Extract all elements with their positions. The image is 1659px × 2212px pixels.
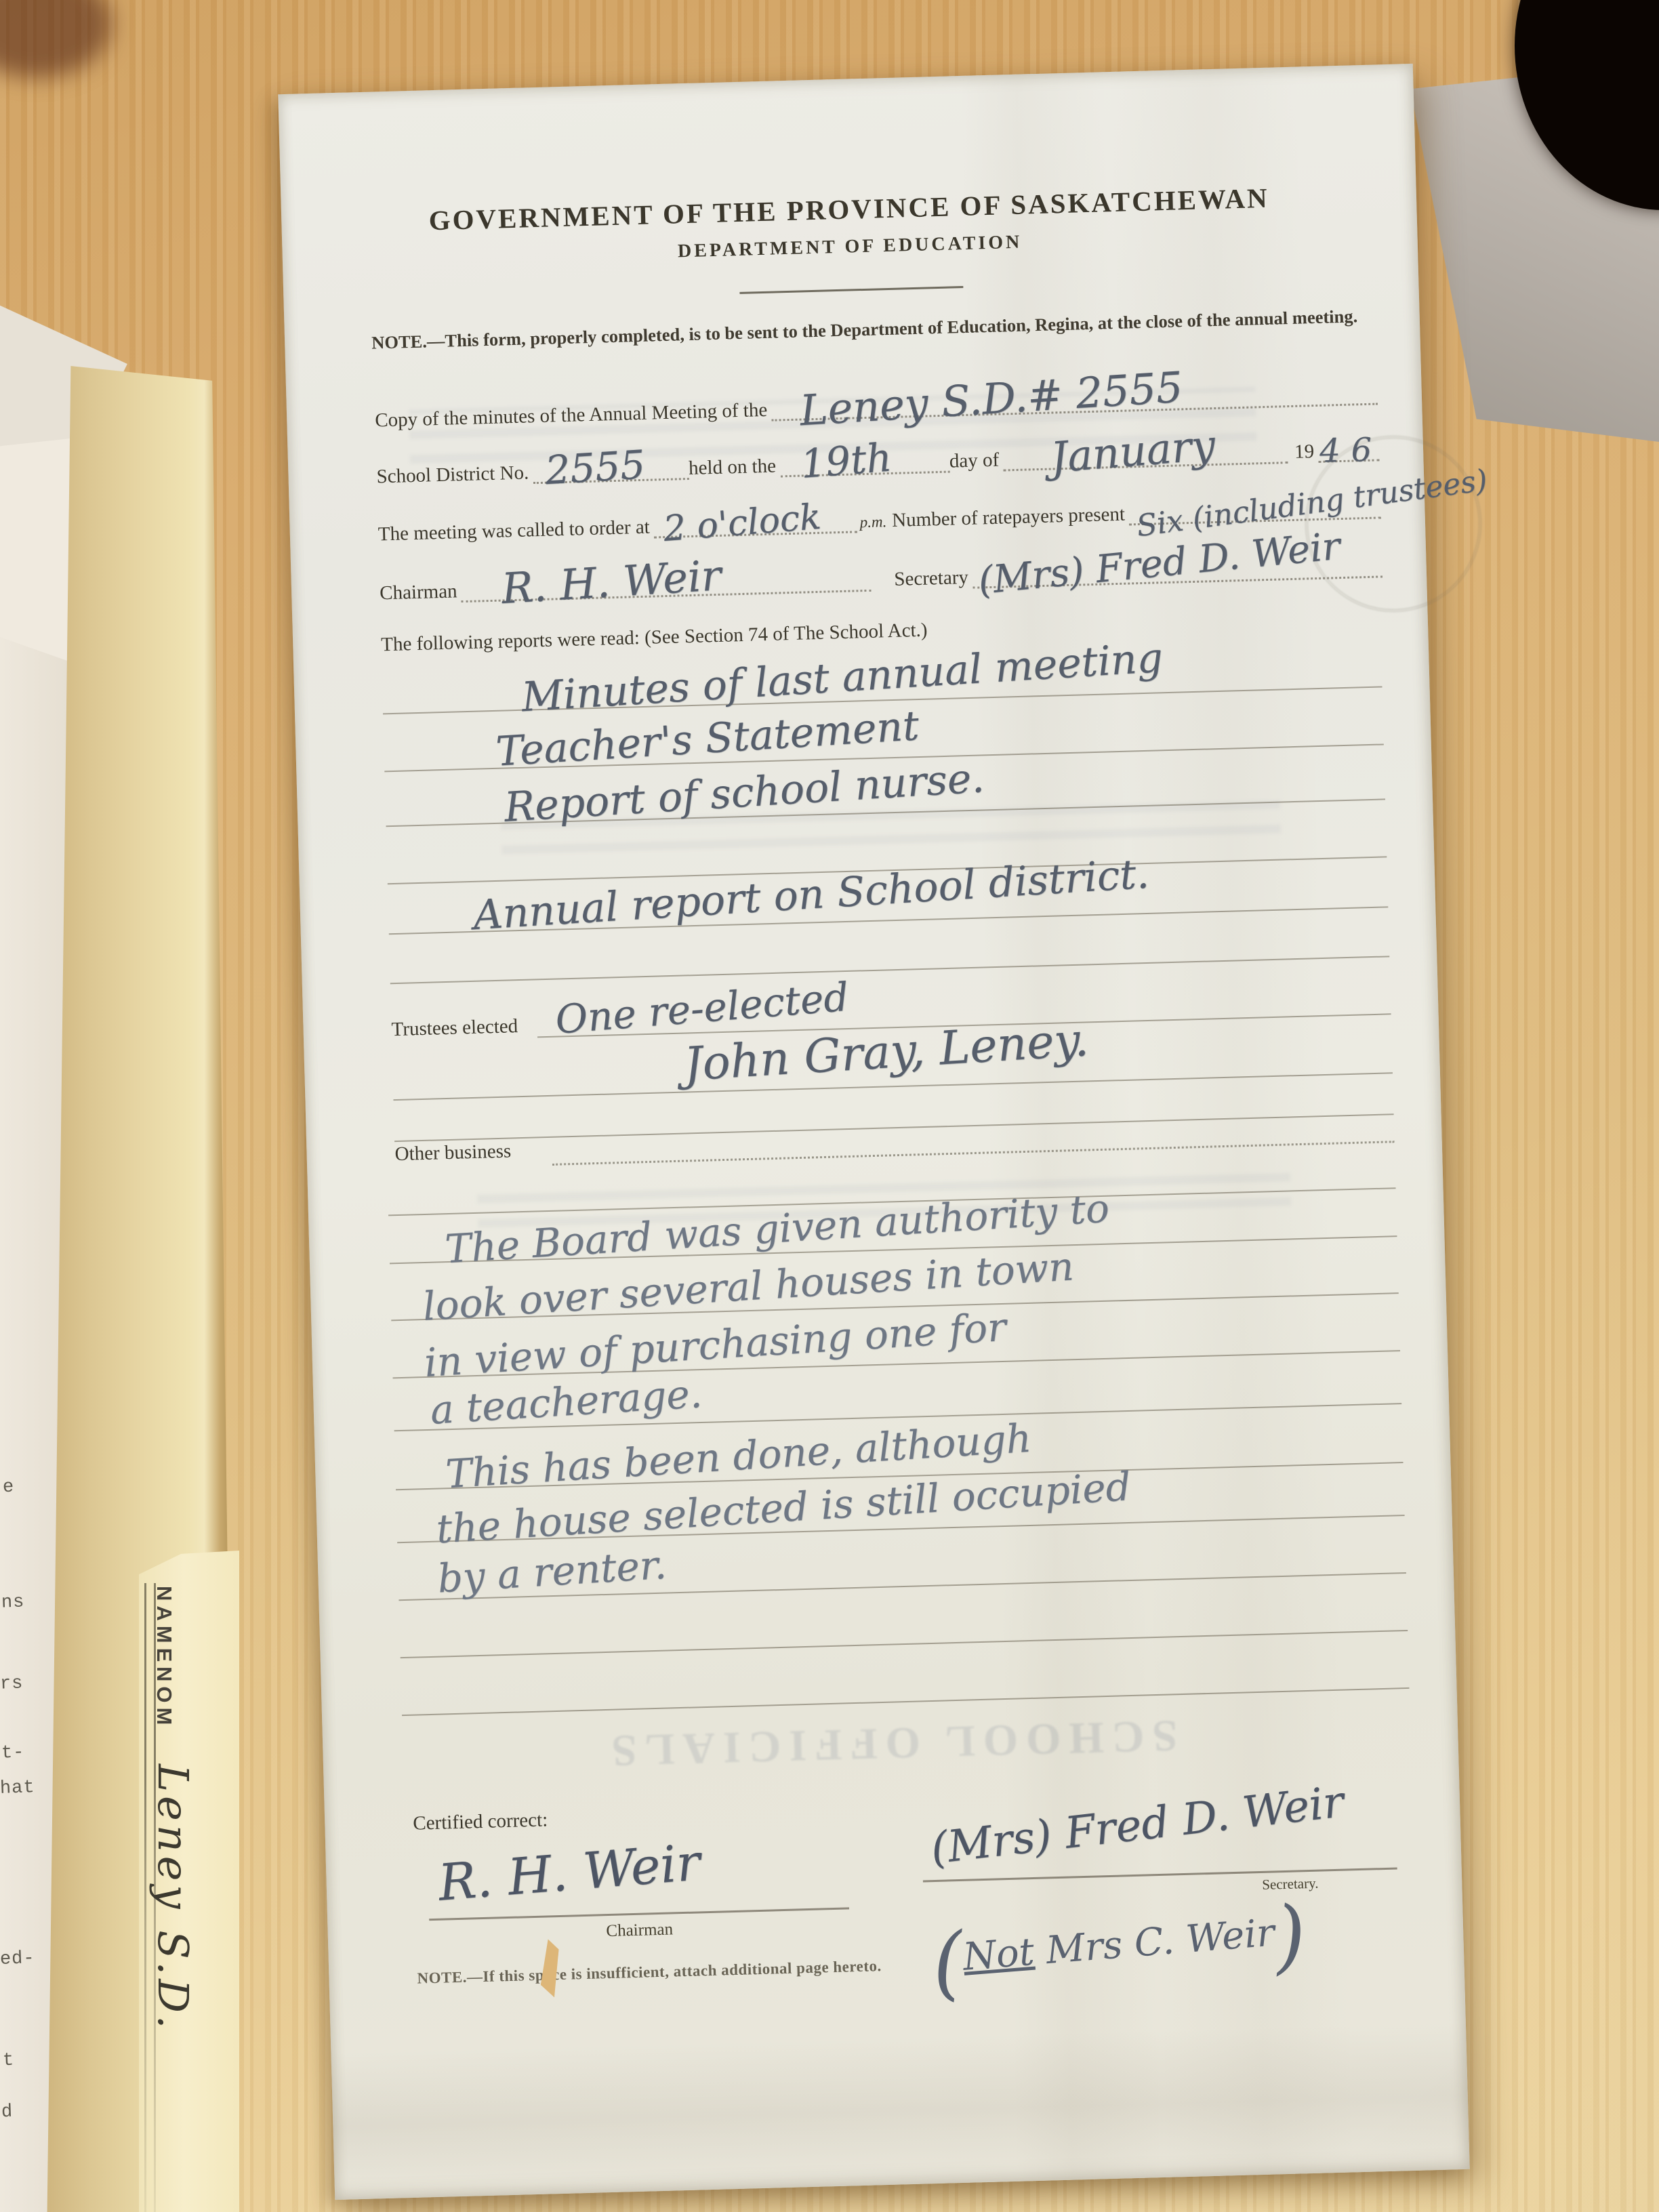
secretary-signature-line — [923, 1868, 1397, 1883]
chairman-label: Chairman — [380, 581, 462, 605]
form-document: GOVERNMENT OF THE PROVINCE OF SASKATCHEW… — [278, 64, 1469, 2200]
field-row-district: School District No. 2555 held on the 19t… — [376, 434, 1380, 488]
copy-label: Copy of the minutes of the Annual Meetin… — [375, 401, 772, 432]
footer-note: NOTE.—If this space is insufficient, att… — [417, 1957, 882, 1988]
instruction-note: NOTE.—This form, properly completed, is … — [371, 302, 1404, 355]
chairman-role-label: Chairman — [429, 1915, 850, 1946]
folder-tab: NAME NOM Leney S.D. — [139, 1551, 239, 2212]
correction-close-paren: ) — [1271, 1887, 1310, 1983]
day-of-label: day of — [949, 450, 1004, 472]
other-business-label: Other business — [394, 1140, 511, 1166]
typed-text-fragment: ed- — [0, 1948, 35, 1970]
order-blank-line: 2 o'clock — [653, 504, 857, 538]
report-entry: Annual report on School district. — [472, 854, 1151, 937]
secretary-signature: (Mrs) Fred D. Weir — [928, 1780, 1346, 1870]
year-blank-line: 46 — [1317, 432, 1379, 462]
minutes-line: by a renter. — [436, 1545, 668, 1599]
held-handwriting: 19th — [799, 438, 893, 484]
month-blank-line: January — [1002, 434, 1288, 471]
correction-underlined-word: Not — [962, 1930, 1036, 1980]
ruled-line — [401, 1630, 1408, 1658]
held-blank-line: 19th — [779, 444, 949, 478]
tab-label-name: NAME — [150, 1586, 178, 1666]
month-handwriting: January — [1049, 424, 1216, 479]
typed-text-fragment: ns — [1, 1592, 24, 1613]
district-handwriting: 2555 — [544, 445, 646, 490]
held-label: held on the — [689, 456, 781, 480]
reports-heading: The following reports were read: (See Se… — [381, 619, 928, 657]
tab-label-nom: NOM — [150, 1666, 178, 1729]
typed-text-fragment: rs — [0, 1673, 24, 1694]
secretary-correction: (Not Mrs C. Weir) — [928, 1887, 1309, 2010]
desk-corner-shadow — [0, 0, 112, 78]
typed-text-fragment: d — [1, 2102, 13, 2123]
district-blank-line: 2555 — [533, 451, 689, 484]
ruled-line — [394, 1113, 1394, 1142]
typed-text-fragment: t — [2, 2051, 14, 2072]
district-label: School District No. — [376, 463, 533, 488]
tab-rule-line — [144, 1583, 146, 2212]
order-label: The meeting was called to order at — [378, 517, 655, 546]
meridiem-label: p.m. — [857, 514, 892, 533]
chairman-signature: R. H. Weir — [436, 1837, 702, 1908]
secretary-label: Secretary — [871, 568, 972, 592]
copy-handwriting: Leney S.D.# 2555 — [799, 366, 1185, 432]
typed-text-fragment: hat — [0, 1778, 35, 1799]
field-row-copy: Copy of the minutes of the Annual Meetin… — [375, 378, 1378, 432]
secretary-blank-line: (Mrs) Fred D. Weir — [972, 548, 1382, 588]
desk-surface: e ns rs t- hat ed- t d NAME NOM Leney S.… — [0, 0, 1659, 2212]
chairman-handwriting: R. H. Weir — [501, 554, 723, 610]
ratepayers-label: Number of ratepayers present — [892, 504, 1130, 531]
other-business-blank-line — [552, 1141, 1395, 1166]
trustees-label: Trustees elected — [391, 1015, 518, 1041]
typed-text-fragment: t- — [1, 1742, 24, 1763]
tab-handwritten-label: Leney S.D. — [148, 1764, 198, 2198]
year-prefix: 19 — [1288, 442, 1319, 464]
correction-open-paren: ( — [928, 1914, 967, 2010]
correction-rest: Mrs C. Weir — [1032, 1910, 1276, 1973]
field-row-officers: Chairman R. H. Weir Secretary (Mrs) Fred… — [380, 550, 1383, 605]
order-handwriting: 2 o'clock — [662, 499, 822, 547]
year-handwriting: 46 — [1319, 433, 1382, 468]
copy-blank-line: Leney S.D.# 2555 — [771, 376, 1378, 422]
header-divider — [739, 286, 963, 294]
certified-label: Certified correct: — [413, 1809, 548, 1835]
typed-text-fragment: e — [2, 1477, 14, 1498]
chairman-blank-line: R. H. Weir — [461, 562, 872, 602]
ruled-line — [390, 956, 1390, 984]
bleed-through-text: SCHOOL OFFICIALS — [323, 1702, 1458, 1784]
